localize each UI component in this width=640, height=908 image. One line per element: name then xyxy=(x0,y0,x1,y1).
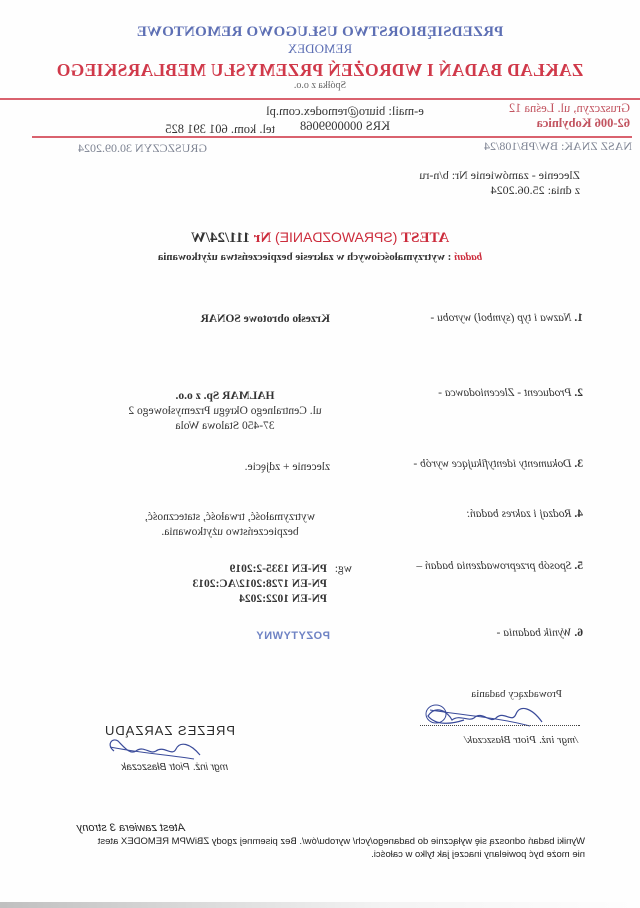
title-sprawozdanie: (SPRAWOZDANIE) xyxy=(275,229,397,245)
mirrored-document-page: PRZEDSIĘBIORSTWO USŁUGOWO REMONTOWE REMO… xyxy=(0,0,640,908)
item-5-prefix: wg: xyxy=(335,562,352,577)
our-reference-sign: NASZ ZNAK: BW/PB/108/24 xyxy=(484,139,632,154)
researcher-name: /mgr inż. Piotr Błaszczak/ xyxy=(464,734,578,746)
disclaimer-line-1: Wyniki badań odnoszą się wyłącznie do ba… xyxy=(98,835,585,848)
standard-1: PN-EN 1335-2:2019 xyxy=(193,562,327,577)
standard-2: PN-EN 1728:2012/AC:2013 xyxy=(193,577,327,592)
item-4-value: wytrzymałość, trwałość, stateczność, bez… xyxy=(125,510,335,540)
header-top-rule xyxy=(0,98,640,100)
item-6-label: 6. Wynik badania - xyxy=(497,627,583,639)
title-nr: Nr xyxy=(254,230,272,246)
researcher-signature-line xyxy=(420,725,580,726)
address-street: Gruszczyn, ul. Leśna 12 xyxy=(509,101,630,116)
item-1-label: 1. Nazwa i typ (symbol) wyrobu - xyxy=(430,312,583,324)
test-subject: badań : wytrzymałościowych w zakresie be… xyxy=(0,251,640,263)
board-name-stamp: mgr inż. Piotr Błaszczak xyxy=(121,762,228,773)
company-email: e-mail: biuro@remodex.com.pl xyxy=(250,104,440,119)
address-city: 62-006 Kobylnica xyxy=(537,116,630,131)
order-info: Zlecenie - zamówienie Nr: b/n-ru z dnia:… xyxy=(419,168,580,198)
order-date: z dnia: 25.06.2024 xyxy=(419,183,580,198)
company-legal-form: Spółka z o.o. xyxy=(0,80,640,91)
item-3-value: zlecenie + zdjęcie. xyxy=(245,460,330,475)
producer-street: ul. Centralnego Okręgu Przemysłowego 2 xyxy=(110,404,340,419)
subject-text: wytrzymałościowych w zakresie bezpieczeń… xyxy=(158,251,445,263)
test-result-positive: POZYTYWNY xyxy=(256,630,330,642)
item-2-label: 2. Producent - Zleceniodawca - xyxy=(438,387,583,399)
researcher-signature-icon xyxy=(410,700,560,732)
board-signature-icon xyxy=(100,735,210,765)
company-krs: KRS 0000099068 xyxy=(250,119,440,134)
company-name-line1: PRZEDSIĘBIORSTWO USŁUGOWO REMONTOWE xyxy=(0,24,640,41)
document-title: ATEST (SPRAWOZDANIE) Nr 111/24/W xyxy=(0,229,640,247)
company-name-remodex: REMODEX xyxy=(0,41,640,57)
order-number: Zlecenie - zamówienie Nr: b/n-ru xyxy=(419,168,580,183)
item-3-label: 3. Dokumenty identyfikujące wyrób - xyxy=(413,458,583,470)
producer-city: 37-450 Stalowa Wola xyxy=(110,419,340,434)
item-4-label: 4. Rodzaj i zakres badań: xyxy=(466,508,583,520)
page-count-note: Atest zawiera 3 strony xyxy=(77,822,185,835)
title-atest: ATEST xyxy=(401,230,449,246)
subject-label: badań xyxy=(454,251,482,263)
standard-3: PN-EN 1022:2024 xyxy=(193,592,327,607)
item-2-value: HALMAR Sp. z o.o. ul. Centralnego Okręgu… xyxy=(110,389,340,434)
researcher-title: Prowadzący badania xyxy=(471,688,562,700)
company-phone: tel. kom. 601 391 825 xyxy=(165,122,275,137)
disclaimer: Wyniki badań odnoszą się wyłącznie do ba… xyxy=(98,835,585,861)
item-1-value: Krzesło obrotowe SONAR xyxy=(201,312,330,327)
item-5-label: 5. Sposób przeprowadzenia badań – xyxy=(416,560,583,572)
producer-name: HALMAR Sp. z o.o. xyxy=(110,389,340,404)
place-and-date: GRUSZCZYN 30.09.2024 xyxy=(78,141,207,156)
company-name-department: ZAKŁAD BADAŃ I WDROŻEŃ PRZEMYSŁU MEBLARS… xyxy=(0,60,640,81)
title-number: 111/24/W xyxy=(191,230,250,246)
header-bottom-rule xyxy=(32,136,632,138)
disclaimer-line-2: nie może być powielany inaczej jak tylko… xyxy=(98,848,585,861)
item-5-standards: PN-EN 1335-2:2019 PN-EN 1728:2012/AC:201… xyxy=(193,562,327,607)
scan-edge-shadow xyxy=(0,902,640,908)
